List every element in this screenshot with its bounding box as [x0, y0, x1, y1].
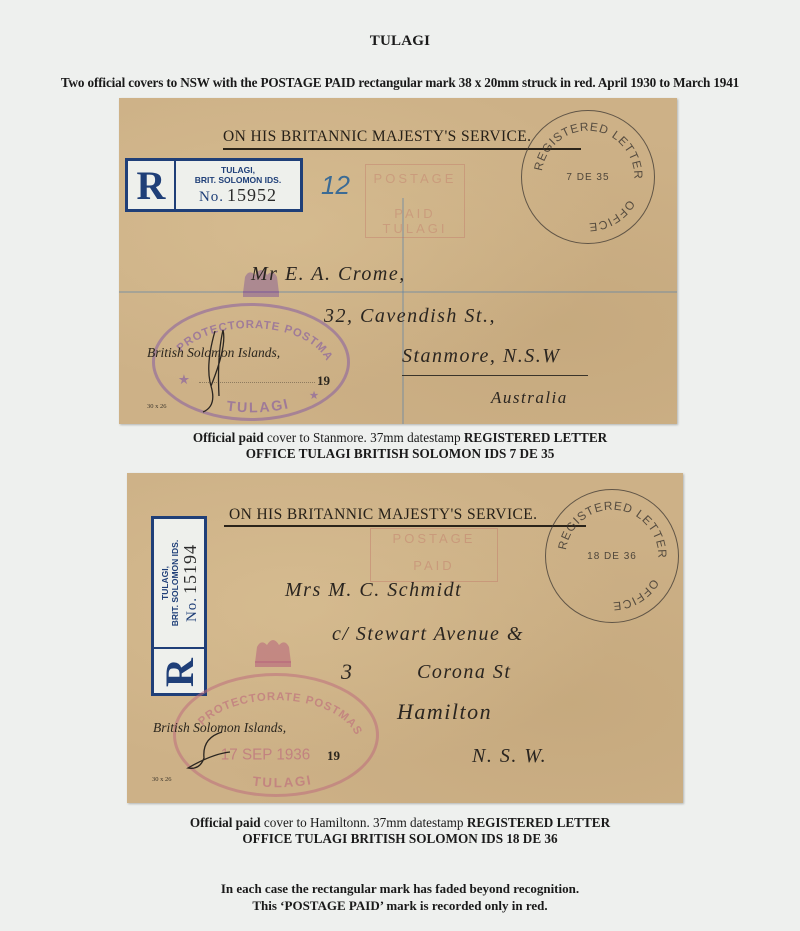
ohms-header: ON HIS BRITANNIC MAJESTY'S SERVICE.: [223, 128, 531, 146]
signature-icon: [197, 326, 237, 416]
registration-number: 15952: [227, 185, 277, 205]
paid-mark-text: POSTAGE: [371, 531, 497, 546]
header-underline: [224, 525, 586, 527]
registration-info: TULAGI, BRIT. SOLOMON IDS. No.15194: [156, 521, 204, 645]
address-underline: [402, 375, 588, 376]
registration-no-prefix: No.: [199, 189, 224, 205]
paid-mark-text: PAID: [371, 558, 497, 573]
svg-text:★: ★: [178, 372, 190, 387]
caption-bold: REGISTERED LETTER: [467, 815, 610, 830]
address-line: c/ Stewart Avenue &: [332, 623, 524, 646]
registration-office: BRIT. SOLOMON IDS.: [170, 540, 180, 626]
footer-note: In each case the rectangular mark has fa…: [0, 880, 800, 914]
page-subtitle: Two official covers to NSW with the POST…: [0, 75, 800, 91]
address-line: Stanmore, N.S.W: [402, 345, 560, 368]
postage-paid-mark: POSTAGE PAID: [370, 528, 498, 582]
caption-bold: Official paid: [190, 815, 261, 830]
svg-text:17 SEP 1936: 17 SEP 1936: [221, 747, 310, 764]
address-line: Mrs M. C. Schmidt: [285, 579, 462, 602]
svg-text:OFFICE: OFFICE: [612, 577, 662, 614]
registered-datestamp: REGISTERED LETTER OFFICE 18 DE 36: [545, 489, 679, 623]
address-line: Mr E. A. Crome,: [251, 263, 406, 286]
registration-office: BRIT. SOLOMON IDS.: [195, 175, 281, 185]
address-line: 3: [341, 659, 354, 685]
form-size-mark: 30 x 26: [152, 776, 172, 783]
registration-label: R TULAGI, BRIT. SOLOMON IDS. No.15952: [125, 158, 303, 212]
paid-mark-text: POSTAGE: [366, 171, 464, 186]
caption-bold: OFFICE TULAGI BRITISH SOLOMON IDS 7 DE 3…: [246, 446, 555, 461]
datestamp-date: 7 DE 35: [522, 172, 654, 183]
protectorate-postmaster-cachet: PROTECTORATE POSTMASTER TULAGI ★ ★: [152, 303, 350, 421]
svg-text:★: ★: [309, 390, 319, 402]
address-line: N. S. W.: [472, 745, 547, 768]
page-title: TULAGI: [0, 33, 800, 50]
paid-mark-text: TULAGI: [366, 221, 464, 236]
registration-crayon-line: [119, 291, 677, 293]
registration-letter: R: [128, 161, 176, 209]
address-line: 32, Cavendish St.,: [324, 305, 496, 328]
registered-datestamp: REGISTERED LETTER OFFICE 7 DE 35: [521, 110, 655, 244]
svg-text:TULAGI: TULAGI: [252, 772, 314, 790]
caption-bold: REGISTERED LETTER: [464, 430, 607, 445]
registration-no-prefix: No.: [184, 597, 200, 622]
postage-paid-mark: POSTAGE PAID TULAGI: [365, 164, 465, 238]
cover-stanmore: ON HIS BRITANNIC MAJESTY'S SERVICE. R TU…: [119, 98, 677, 424]
address-line: Hamilton: [397, 699, 492, 725]
svg-text:OFFICE: OFFICE: [588, 198, 638, 235]
cover-hamilton: ON HIS BRITANNIC MAJESTY'S SERVICE. R TU…: [127, 473, 683, 803]
caption-cover-1: Official paid cover to Stanmore. 37mm da…: [0, 430, 800, 462]
crown-icon: [251, 633, 295, 669]
printed-year: 19: [327, 748, 340, 764]
printed-year: 19: [317, 373, 330, 389]
footer-note-line: In each case the rectangular mark has fa…: [0, 880, 800, 897]
address-line: Australia: [491, 388, 568, 408]
registration-number: 15194: [180, 544, 200, 594]
datestamp-date: 18 DE 36: [546, 551, 678, 562]
registration-office: TULAGI,: [221, 165, 255, 175]
footer-note-line: This ‘POSTAGE PAID’ mark is recorded onl…: [0, 897, 800, 914]
registration-office: TULAGI,: [160, 566, 170, 600]
paid-mark-text: PAID: [366, 206, 464, 221]
caption-text: cover to Hamiltonn. 37mm datestamp: [261, 815, 467, 830]
caption-text: cover to Stanmore. 37mm datestamp: [264, 430, 464, 445]
signature-icon: [182, 728, 232, 773]
address-line: Corona St: [417, 661, 511, 684]
caption-cover-2: Official paid cover to Hamiltonn. 37mm d…: [0, 815, 800, 847]
ohms-header: ON HIS BRITANNIC MAJESTY'S SERVICE.: [229, 506, 537, 524]
form-size-mark: 30 x 26: [147, 403, 167, 410]
crayon-mark: 12: [321, 170, 350, 201]
cachet-text: PROTECTORATE POSTMASTER TULAGI ★ ★: [155, 306, 347, 418]
caption-bold: Official paid: [193, 430, 264, 445]
registration-label: R TULAGI, BRIT. SOLOMON IDS. No.15194: [151, 516, 207, 696]
caption-bold: OFFICE TULAGI BRITISH SOLOMON IDS 18 DE …: [242, 831, 557, 846]
